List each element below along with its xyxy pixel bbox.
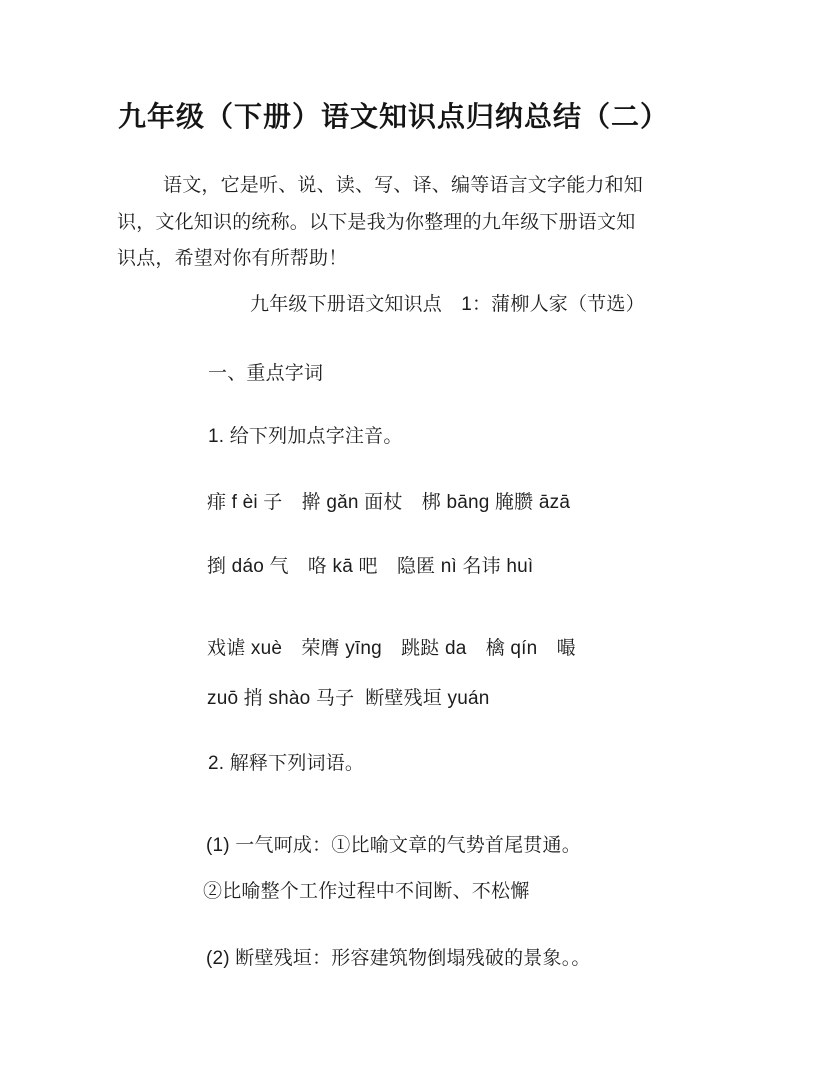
definition-1-line-1: (1) 一气呵成：①比喻文章的气势首尾贯通。 [206,833,581,859]
intro-paragraph-line-3: 识点，希望对你有所帮助！ [117,246,347,272]
question-1: 1. 给下列加点字注音。 [208,424,403,450]
intro-paragraph-line-2: 识，文化知识的统称。以下是我为你整理的九年级下册语文知 [117,210,635,236]
definition-1-line-2: ②比喻整个工作过程中不间断、不松懈 [203,879,529,905]
pinyin-line-2: 捯 dáo 气 咯 kā 吧 隐匿 nì 名讳 huì [207,554,533,580]
section-heading: 九年级下册语文知识点 1：蒲柳人家（节选） [250,292,645,318]
document-page: 九年级（下册）语文知识点归纳总结（二） 语文，它是听、说、读、写、译、编等语言文… [0,0,833,1080]
definition-2: (2) 断壁残垣：形容建筑物倒塌残破的景象。。 [206,946,591,972]
subsection-heading-key-words: 一、重点字词 [208,361,323,387]
question-2: 2. 解释下列词语。 [208,751,364,777]
intro-paragraph-line-1: 语文，它是听、说、读、写、译、编等语言文字能力和知 [163,173,643,199]
document-title: 九年级（下册）语文知识点归纳总结（二） [118,95,669,135]
pinyin-line-3: 戏谑 xuè 荣膺 yīng 跳跶 da 檎 qín 嘬 [207,636,576,662]
pinyin-line-4: zuō 捎 shào 马子 断壁残垣 yuán [207,686,490,712]
pinyin-line-1: 痱 f èi 子 擀 gǎn 面杖 梆 bāng 腌臜 āzā [207,490,570,516]
